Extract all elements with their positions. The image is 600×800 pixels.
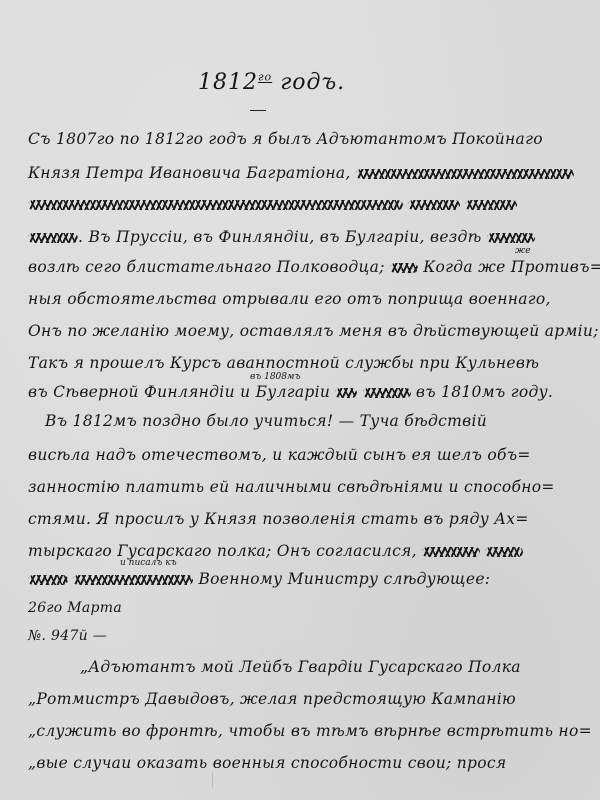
struck-out-text <box>465 200 517 210</box>
title-year: 1812 <box>198 70 258 95</box>
line-text: Съ 1807го по 1812го годъ я былъ Адъютант… <box>28 130 543 148</box>
line-text: ныя обстоятельства отрывали его отъ попр… <box>28 290 551 308</box>
struck-out-text <box>363 388 411 398</box>
line-text: „Ротмистръ Давыдовъ, желая предстоящую К… <box>28 690 516 708</box>
text-line: ныя обстоятельства отрывали его отъ попр… <box>28 290 551 308</box>
date-line: 26го Марта <box>28 600 122 616</box>
line-text-after: Когда же Противъ= <box>423 258 600 276</box>
line-text: въ Сѣверной Финляндіи и Булгаріи <box>28 383 330 401</box>
title-word: годъ. <box>280 70 345 95</box>
text-line: „Адъютантъ мой Лейбъ Гвардіи Гусарскаго … <box>80 658 521 676</box>
line-text-after: Военному Министру слѣдующее: <box>198 570 490 588</box>
number-line: №. 947й — <box>28 628 107 644</box>
struck-out-text <box>390 263 418 273</box>
struck-out-text <box>28 200 403 210</box>
text-line: стями. Я просилъ у Князя позволенія стат… <box>28 510 529 528</box>
line-text: 26го Марта <box>28 600 122 616</box>
struck-out-text <box>28 233 78 243</box>
title-year-suffix: го <box>258 71 272 84</box>
text-line: висѣла надъ отечествомъ, и каждый сынъ е… <box>28 446 531 464</box>
line-text: Такъ я прошелъ Курсъ аванпостной службы … <box>28 354 539 372</box>
line-text: Князя Петра Ивановича Багратіона, <box>28 164 351 182</box>
text-line: „Ротмистръ Давыдовъ, желая предстоящую К… <box>28 690 516 708</box>
text-line: возлѣ сего блистательнаго Полководца; Ко… <box>28 258 600 276</box>
line-text: тырскаго Гусарскаго полка; Онъ согласилс… <box>28 542 417 560</box>
text-line: Въ 1812мъ поздно было учиться! — Туча бѣ… <box>45 412 487 430</box>
text-line: Князя Петра Ивановича Багратіона, <box>28 164 574 182</box>
line-text: стями. Я просилъ у Князя позволенія стат… <box>28 510 529 528</box>
text-line: Съ 1807го по 1812го годъ я былъ Адъютант… <box>28 130 543 148</box>
paper-mark <box>212 772 213 788</box>
struck-out-text <box>356 169 574 179</box>
text-line: тырскаго Гусарскаго полка; Онъ согласилс… <box>28 542 523 560</box>
struck-out-text <box>485 547 523 557</box>
struck-out-text <box>335 388 357 398</box>
line-text: занностію платить ей наличными свѣдѣніям… <box>28 478 555 496</box>
line-text: „Адъютантъ мой Лейбъ Гвардіи Гусарскаго … <box>80 658 521 676</box>
line-text: возлѣ сего блистательнаго Полководца; <box>28 258 385 276</box>
text-line <box>28 195 517 213</box>
line-text-after: въ 1810мъ году. <box>416 383 553 401</box>
struck-out-text <box>73 575 193 585</box>
interlinear-insertion: и писалъ къ <box>120 558 177 568</box>
struck-out-text <box>422 547 480 557</box>
manuscript-page: 1812го годъ. Съ 1807го по 1812го годъ я … <box>0 0 600 800</box>
line-text: „служить во фронтѣ, чтобы въ тѣмъ вѣрнѣе… <box>28 722 592 740</box>
struck-out-text <box>408 200 460 210</box>
text-line: занностію платить ей наличными свѣдѣніям… <box>28 478 555 496</box>
line-text: Въ 1812мъ поздно было учиться! — Туча бѣ… <box>45 412 487 430</box>
line-text: №. 947й — <box>28 628 107 644</box>
text-line: Военному Министру слѣдующее: <box>28 570 490 588</box>
title-underline <box>250 110 266 111</box>
text-line: Онъ по желанію моему, оставлялъ меня въ … <box>28 322 599 340</box>
struck-out-text <box>28 575 68 585</box>
text-line: въ Сѣверной Финляндіи и Булгаріи въ 1810… <box>28 383 553 401</box>
line-text: „вые случаи оказать военныя способности … <box>28 754 506 772</box>
page-title: 1812го годъ. <box>198 70 345 95</box>
interlinear-insertion: въ 1808мъ <box>250 372 300 382</box>
interlinear-insertion: же <box>515 246 531 256</box>
text-line: . Въ Пруссіи, въ Финляндіи, въ Булгаріи,… <box>28 228 535 246</box>
text-line: „вые случаи оказать военныя способности … <box>28 754 506 772</box>
text-line: „служить во фронтѣ, чтобы въ тѣмъ вѣрнѣе… <box>28 722 592 740</box>
line-text: . Въ Пруссіи, въ Финляндіи, въ Булгаріи,… <box>78 228 482 246</box>
struck-out-text <box>487 233 535 243</box>
text-line: Такъ я прошелъ Курсъ аванпостной службы … <box>28 354 539 372</box>
line-text: висѣла надъ отечествомъ, и каждый сынъ е… <box>28 446 531 464</box>
line-text: Онъ по желанію моему, оставлялъ меня въ … <box>28 322 599 340</box>
